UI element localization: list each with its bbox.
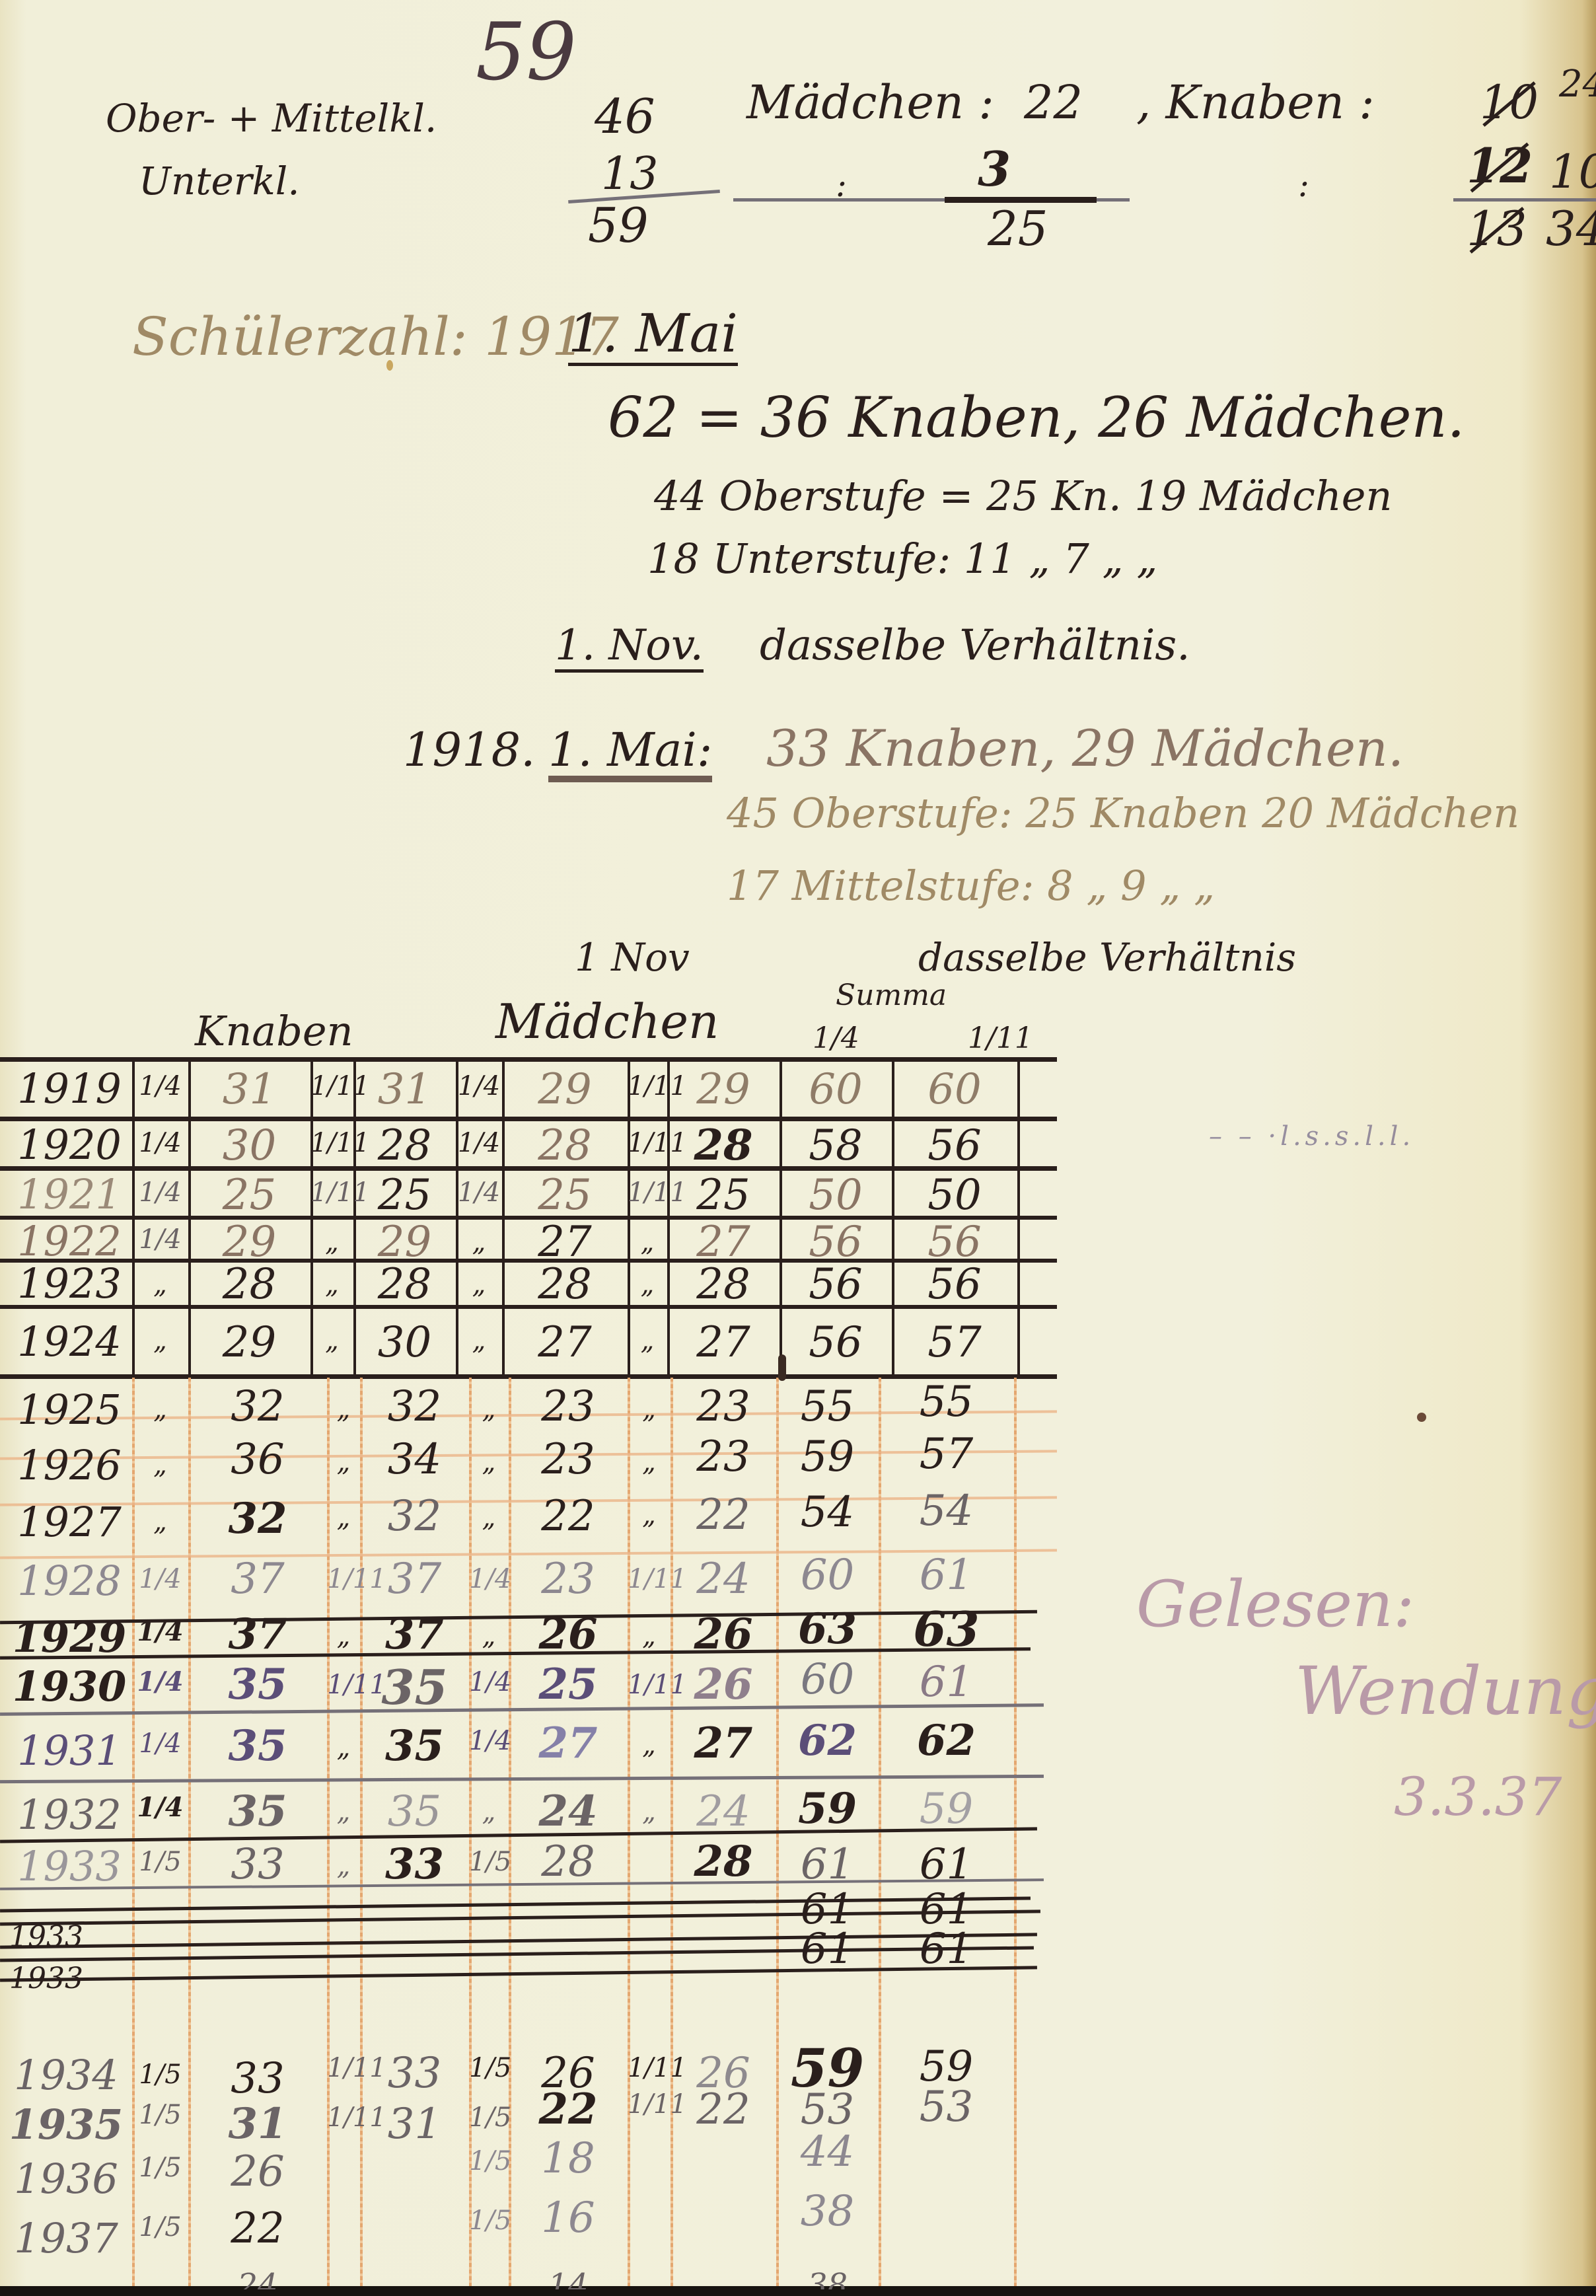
row-boys-apr: 33 <box>188 2057 327 2100</box>
struck-value: 13 <box>1467 205 1527 252</box>
row-year: 1932 <box>10 1795 129 1835</box>
row-date-girls-nov: „ <box>628 1327 667 1354</box>
row-date-girls-nov: „ <box>628 1271 667 1298</box>
row-date-girls-nov: 1/11 <box>628 2091 671 2118</box>
row-date-boys-apr: 1/4 <box>132 1226 188 1253</box>
row-sum-apr: 56 <box>780 1321 892 1364</box>
row-boys-nov: 28 <box>353 1263 456 1306</box>
row-girls-apr: 28 <box>502 1125 628 1167</box>
row-date-girls-apr: 1/5 <box>469 2104 509 2131</box>
summary-row1-girls-label: Mädchen : <box>746 79 994 126</box>
row-girls-nov: 28 <box>667 1125 780 1167</box>
row-girls-apr: 18 <box>509 2137 628 2180</box>
row-date-girls-apr: „ <box>469 1449 509 1475</box>
row-date-boys-nov: 1/11 <box>327 2055 360 2081</box>
row-date-girls-apr: „ <box>456 1271 502 1298</box>
row-sum-apr: 62 <box>776 1720 879 1762</box>
row-girls-nov: 23 <box>671 1436 776 1478</box>
row-boys-nov: 32 <box>360 1386 469 1428</box>
row-sum-nov: 61 <box>879 1928 1014 1970</box>
table-rule <box>0 1775 1044 1783</box>
entry-1917-nov-text: dasselbe Verhältnis. <box>760 624 1190 667</box>
table-row: 1937 1/5 22 1/5 16 38 <box>0 2223 1017 2263</box>
summary-row3-total: 59 <box>588 202 649 249</box>
row-boys-nov: 37 <box>360 1613 469 1656</box>
row-year: 1927 <box>10 1502 129 1543</box>
table-rule <box>0 1166 1057 1171</box>
row-boys-nov: 35 <box>360 1725 469 1767</box>
row-girls-apr: 25 <box>509 1664 628 1706</box>
row-year: 1926 <box>10 1445 129 1486</box>
row-date-girls-nov: „ <box>628 1798 671 1825</box>
row-girls-apr: 29 <box>502 1068 628 1111</box>
row-date-boys-apr: 1/5 <box>132 2155 188 2181</box>
summary-row1-boys-label: , Knaben : <box>1136 79 1375 126</box>
row-date-girls-nov: 1/11 <box>628 1073 667 1099</box>
row-date-boys-nov: 1/11 <box>327 1566 360 1592</box>
entry-1918-line2: 45 Oberstufe: 25 Knaben 20 Mädchen <box>727 793 1519 834</box>
row-date-girls-nov: 1/11 <box>628 1130 667 1156</box>
row-sum-apr: 55 <box>776 1386 879 1428</box>
row-sum-apr: 54 <box>776 1491 879 1534</box>
table-row: 1920 1/4 30 1/11 28 1/4 28 1/11 28 58 56 <box>0 1123 1017 1166</box>
row-boys-nov: 28 <box>353 1125 456 1167</box>
table-row: 61 61 <box>0 1896 1017 1929</box>
ink-blot <box>1417 1413 1426 1422</box>
table-row: 1932 1/4 35 „ 35 „ 24 „ 24 59 59 <box>0 1791 1017 1837</box>
row-boys-nov: 33 <box>360 2052 469 2094</box>
row-sum-apr: 59 <box>776 1788 879 1830</box>
row-date-girls-nov: „ <box>628 1732 671 1758</box>
row-girls-nov: 25 <box>667 1174 780 1216</box>
table-row: 1925 „ 32 „ 32 „ 23 „ 23 55 55 <box>0 1384 1017 1434</box>
row-girls-apr: 28 <box>502 1263 628 1306</box>
row-date-boys-nov: „ <box>327 1449 360 1475</box>
row-sum-apr: 38 <box>776 2270 879 2289</box>
row-sum-nov: 55 <box>879 1381 1014 1423</box>
row-girls-nov: 22 <box>671 2089 776 2131</box>
row-date-boys-apr: 1/4 <box>132 1130 188 1156</box>
row-boys-apr: 28 <box>188 1263 310 1306</box>
row-sum-apr: 61 <box>776 1843 879 1886</box>
row-girls-nov: 27 <box>667 1321 780 1364</box>
row-date-girls-apr: „ <box>469 1798 509 1825</box>
row-sum-apr: 44 <box>776 2131 879 2173</box>
row-date-boys-nov: „ <box>327 1396 360 1423</box>
row-sum-nov: 56 <box>892 1221 1017 1263</box>
row-date-boys-apr: 1/4 <box>132 1730 188 1757</box>
row-girls-apr: 24 <box>509 1791 628 1833</box>
row-date-boys-nov: 1/11 <box>310 1073 353 1099</box>
table-col-rule <box>1017 1057 1020 1374</box>
row-sum-nov: 50 <box>892 1174 1017 1216</box>
row-girls-apr: 23 <box>509 1386 628 1428</box>
row-date-girls-nov: „ <box>628 1449 671 1475</box>
row-girls-nov: 26 <box>671 1613 776 1656</box>
row-year: 1925 <box>10 1389 129 1430</box>
row-date-girls-nov: „ <box>628 1229 667 1255</box>
row-date-boys-apr: 1/4 <box>132 1179 188 1206</box>
row-girls-apr: 14 <box>509 2270 628 2289</box>
row-year: 1929 <box>10 1617 129 1658</box>
row-year: 1930 <box>10 1666 129 1707</box>
table-row: 1930 1/4 35 1/11 35 1/4 25 1/11 26 60 61 <box>0 1665 1017 1711</box>
struck-value: 10 <box>1480 79 1539 126</box>
summary-row3-boys: 34 <box>1546 205 1596 252</box>
summary-row2-girls: 3 <box>978 145 1011 193</box>
row-year: 1933 <box>10 1846 129 1887</box>
entry-1917-line3: 18 Unterstufe: 11 „ 7 „ „ <box>647 538 1157 579</box>
row-boys-nov: 29 <box>353 1221 456 1263</box>
row-date-girls-apr: 1/5 <box>469 2055 509 2081</box>
row-date-girls-apr: 1/5 <box>469 1849 509 1875</box>
row-sum-nov: 62 <box>879 1720 1014 1762</box>
row-date-boys-apr: 1/4 <box>132 1566 188 1592</box>
row-girls-nov: 22 <box>671 1494 776 1536</box>
row-sum-nov: 54 <box>879 1490 1014 1532</box>
table-header-sum-apr: 1/4 <box>813 1024 859 1053</box>
row-boys-apr: 30 <box>188 1125 310 1167</box>
row-sum-nov: 59 <box>879 2046 1014 2088</box>
entry-1917-line1: 62 = 36 Knaben, 26 Mädchen. <box>608 390 1465 445</box>
row-date-boys-apr: 1/5 <box>132 2214 188 2240</box>
row-girls-nov: 26 <box>671 1664 776 1706</box>
row-sum-nov: 53 <box>879 2086 1014 2128</box>
page-number: 59 <box>476 13 577 93</box>
row-boys-apr: 31 <box>188 1068 310 1111</box>
row-sum-nov: 56 <box>892 1125 1017 1167</box>
row-sum-nov: 61 <box>879 1843 1014 1886</box>
entry-1918-line1: 33 Knaben, 29 Mädchen. <box>766 723 1404 774</box>
row-date-boys-apr: 1/4 <box>132 1669 188 1695</box>
table-row: 1924 „ 29 „ 30 „ 27 „ 27 56 57 <box>0 1318 1017 1371</box>
row-sum-nov: 61 <box>879 1554 1014 1596</box>
struck-value: 12 <box>1467 142 1533 190</box>
table-row: 1927 „ 32 „ 32 „ 22 „ 22 54 54 <box>0 1490 1017 1539</box>
summary-row1-total: 46 <box>595 93 655 140</box>
ink-blot <box>386 360 393 371</box>
summary-row3-girls: 25 <box>988 205 1048 252</box>
row-sum-apr: 56 <box>780 1221 892 1263</box>
entry-1917-nov-date: 1. Nov. <box>555 624 704 673</box>
row-girls-nov: 24 <box>671 1791 776 1833</box>
row-year: 1937 <box>7 2218 126 2259</box>
row-boys-apr: 22 <box>188 2207 327 2250</box>
entry-1917-line2: 44 Oberstufe = 25 Kn. 19 Mädchen <box>654 476 1392 517</box>
row-girls-apr: 26 <box>509 1613 628 1656</box>
summary-row2-boys: 10 <box>1549 149 1596 195</box>
annotation-date: 3.3.37 <box>1394 1771 1562 1824</box>
table-row: 1931 1/4 35 „ 35 1/4 27 „ 27 62 62 <box>0 1721 1017 1774</box>
row-sum-apr: 53 <box>776 2089 879 2131</box>
row-date-girls-apr: 1/4 <box>469 1669 509 1695</box>
row-year: 1922 <box>10 1221 129 1262</box>
row-date-boys-nov: „ <box>310 1271 353 1298</box>
summary-row1-girls: 22 <box>1024 79 1083 126</box>
row-date-girls-apr: 1/5 <box>469 2148 509 2174</box>
row-boys-nov: 35 <box>360 1791 469 1833</box>
row-date-boys-nov: 1/11 <box>310 1179 353 1206</box>
row-girls-apr: 27 <box>502 1221 628 1263</box>
row-boys-apr: 31 <box>188 2103 327 2145</box>
row-year: 1935 <box>7 2104 126 2145</box>
row-girls-apr: 23 <box>509 1558 628 1600</box>
ink-blot <box>778 1354 786 1381</box>
row-sum-apr: 59 <box>776 1436 879 1478</box>
row-date-girls-apr: 1/5 <box>469 2207 509 2234</box>
table-row: 1933 <box>0 1966 1017 1992</box>
summary-row3-boys-struck: 13 <box>1467 205 1527 252</box>
entry-1918-nov-text: dasselbe Verhältnis <box>918 938 1296 977</box>
row-boys-apr: 29 <box>188 1221 310 1263</box>
summary-row1-boys-struck: 10 <box>1480 79 1539 126</box>
row-date-boys-apr: „ <box>132 1452 188 1478</box>
row-girls-nov: 24 <box>671 1558 776 1600</box>
table-header-boys: Knaben <box>195 1011 353 1052</box>
row-date-girls-nov: 1/11 <box>628 1672 671 1698</box>
row-year: 1924 <box>10 1321 129 1362</box>
row-date-boys-apr: 1/4 <box>132 1073 188 1099</box>
summary-row2-boys-struck: 12 <box>1467 142 1533 190</box>
table-row: 1926 „ 36 „ 34 „ 23 „ 23 59 57 <box>0 1437 1017 1487</box>
row-girls-apr: 27 <box>502 1321 628 1364</box>
summary-row2-boys-sep: : <box>1298 168 1309 202</box>
table-row: 1919 1/4 31 1/11 31 1/4 29 1/11 29 60 60 <box>0 1065 1017 1115</box>
entry-1918-date: 1. Mai: <box>548 727 712 782</box>
row-date-boys-nov: „ <box>327 1798 360 1825</box>
row-year: 1931 <box>10 1730 129 1771</box>
row-boys-apr: 32 <box>188 1498 327 1540</box>
table-row: 1933 1/5 33 „ 33 1/5 28 28 61 61 <box>0 1843 1017 1890</box>
row-year: 1920 <box>10 1125 129 1166</box>
table-header-sum: Summa <box>836 981 947 1010</box>
row-boys-apr: 35 <box>188 1725 327 1767</box>
row-date-boys-nov: „ <box>327 1734 360 1761</box>
row-year: 1919 <box>10 1068 129 1109</box>
row-boys-apr: 29 <box>188 1321 310 1364</box>
row-boys-nov: 33 <box>360 1843 469 1886</box>
row-date-boys-nov: „ <box>327 1853 360 1879</box>
row-date-boys-nov: 1/11 <box>310 1130 353 1156</box>
row-sum-nov: 56 <box>892 1263 1017 1306</box>
row-date-girls-apr: 1/4 <box>456 1073 502 1099</box>
row-boys-nov: 25 <box>353 1174 456 1216</box>
row-boys-nov: 37 <box>360 1558 469 1600</box>
row-sum-apr: 56 <box>780 1263 892 1306</box>
row-sum-apr: 58 <box>780 1125 892 1167</box>
row-date-girls-nov: 1/11 <box>628 1179 667 1206</box>
summary-row2-girls-sep: : <box>836 168 847 202</box>
row-date-boys-nov: „ <box>310 1229 353 1255</box>
row-boys-nov: 34 <box>360 1438 469 1481</box>
row-year: 1934 <box>7 2055 126 2096</box>
row-girls-nov: 28 <box>667 1263 780 1306</box>
row-date-girls-apr: 1/4 <box>456 1179 502 1206</box>
row-date-boys-nov: 1/11 <box>327 1672 360 1698</box>
table-row: 1922 1/4 29 „ 29 „ 27 „ 27 56 56 <box>0 1221 1017 1259</box>
row-date-boys-nov: 1/11 <box>327 2104 360 2131</box>
row-date-boys-nov: „ <box>327 1623 360 1649</box>
entry-1918-line3: 17 Mittelstufe: 8 „ 9 „ „ <box>727 866 1215 907</box>
row-boys-apr: 32 <box>188 1386 327 1428</box>
row-boys-apr: 37 <box>188 1613 327 1656</box>
row-girls-apr: 27 <box>509 1722 628 1765</box>
row-boys-apr: 25 <box>188 1174 310 1216</box>
entry-1917-heading: Schülerzahl: 1917 <box>132 311 619 363</box>
row-girls-apr: 25 <box>502 1174 628 1216</box>
table-header-girls: Mädchen <box>495 998 719 1045</box>
entry-1918-nov-date: 1 Nov <box>575 938 690 977</box>
row-date-boys-apr: 1/4 <box>132 1619 188 1645</box>
row-girls-nov: 23 <box>671 1386 776 1428</box>
row-date-boys-apr: „ <box>132 1396 188 1423</box>
row-date-girls-nov: „ <box>628 1396 671 1423</box>
table-rule <box>0 1117 1057 1121</box>
row-sum-nov: 63 <box>879 1606 1014 1653</box>
row-date-girls-apr: „ <box>456 1327 502 1354</box>
row-boys-nov: 31 <box>353 1068 456 1111</box>
row-year: 1923 <box>10 1263 129 1304</box>
row-girls-apr: 28 <box>509 1841 628 1883</box>
annotation-gelesen: Gelesen: <box>1136 1573 1414 1636</box>
row-date-girls-apr: 1/4 <box>469 1728 509 1754</box>
table-rule <box>0 1374 1057 1379</box>
row-sum-apr: 60 <box>776 1554 879 1596</box>
row-boys-nov: 30 <box>353 1321 456 1364</box>
row-boys-apr: 26 <box>188 2151 327 2193</box>
row-sum-apr: 63 <box>776 1608 879 1650</box>
row-date-boys-apr: 1/5 <box>132 2061 188 2088</box>
annotation-signature: Wendung <box>1295 1658 1596 1724</box>
row-date-girls-nov: 1/11 <box>628 2055 671 2081</box>
row-girls-apr: 16 <box>509 2197 628 2239</box>
row-sum-nov: 61 <box>879 1661 1014 1703</box>
row-sum-nov: 59 <box>879 1788 1014 1830</box>
row-date-boys-apr: 1/4 <box>132 1795 188 1821</box>
row-boys-nov: 32 <box>360 1495 469 1537</box>
row-girls-nov: 28 <box>671 1841 776 1883</box>
row-year: 1928 <box>10 1561 129 1602</box>
row-date-girls-nov: „ <box>628 1623 671 1649</box>
table-row: 1923 „ 28 „ 28 „ 28 „ 28 56 56 <box>0 1263 1017 1304</box>
row-date-girls-apr: „ <box>469 1623 509 1649</box>
row-girls-apr: 22 <box>509 1495 628 1537</box>
row-date-girls-apr: „ <box>456 1229 502 1255</box>
row-boys-nov: 35 <box>360 1664 469 1711</box>
row-boys-apr: 35 <box>188 1791 327 1833</box>
table-row: 1921 1/4 25 1/11 25 1/4 25 1/11 25 50 50 <box>0 1173 1017 1216</box>
row-girls-nov: 27 <box>667 1221 780 1263</box>
row-sum-nov: 57 <box>879 1433 1014 1475</box>
row-year: 1921 <box>10 1174 129 1215</box>
row-sum-apr: 60 <box>780 1068 892 1111</box>
table-row: 1929 1/4 37 „ 37 „ 26 „ 26 63 63 <box>0 1612 1017 1658</box>
row-boys-apr: 24 <box>188 2270 327 2289</box>
entry-1918-year: 1918. <box>403 727 535 773</box>
summary-row1-label: Ober- + Mittelkl. <box>106 99 437 137</box>
row-boys-apr: 37 <box>188 1558 327 1600</box>
row-date-girls-apr: „ <box>469 1504 509 1531</box>
row-date-girls-nov: „ <box>628 1502 671 1528</box>
table-header-sum-nov: 1/11 <box>968 1024 1033 1053</box>
row-boys-apr: 36 <box>188 1438 327 1481</box>
row-sum-apr: 60 <box>776 1658 879 1701</box>
summary-row2-total: 13 <box>601 152 659 197</box>
row-date-boys-apr: „ <box>132 1508 188 1535</box>
row-girls-apr: 23 <box>509 1438 628 1481</box>
faint-margin-note: – – ·l.s.s.l.l. <box>1209 1123 1414 1150</box>
table-row: 1933 61 61 <box>0 1936 1017 1969</box>
row-date-boys-nov: „ <box>327 1504 360 1531</box>
row-date-boys-apr: „ <box>132 1271 188 1298</box>
row-date-boys-apr: 1/5 <box>132 2102 188 2128</box>
table-row: 1928 1/4 37 1/11 37 1/4 23 1/11 24 60 61 <box>0 1553 1017 1606</box>
row-date-girls-apr: 1/4 <box>456 1130 502 1156</box>
table-rule <box>0 1057 1057 1062</box>
row-sum-nov: 57 <box>892 1321 1017 1364</box>
row-boys-apr: 33 <box>188 1843 327 1886</box>
summary-row2-label: Unterkl. <box>139 162 300 200</box>
entry-1917-date: 1. Mai <box>568 307 738 366</box>
row-girls-nov: 27 <box>671 1722 776 1765</box>
row-date-boys-apr: 1/5 <box>132 1849 188 1875</box>
row-girls-nov: 29 <box>667 1068 780 1111</box>
row-sum-apr: 38 <box>776 2190 879 2233</box>
row-year: 1933 <box>0 1964 92 1993</box>
row-year: 1936 <box>7 2159 126 2200</box>
row-sum-apr: 50 <box>780 1174 892 1216</box>
row-date-girls-apr: 1/4 <box>469 1566 509 1592</box>
row-girls-apr: 22 <box>509 2089 628 2131</box>
summary-row1-boys: 24 <box>1559 66 1596 103</box>
row-year: 1933 <box>0 1923 92 1952</box>
row-date-boys-apr: „ <box>132 1327 188 1354</box>
row-sum-apr: 61 <box>776 1928 879 1970</box>
row-date-boys-nov: „ <box>310 1327 353 1354</box>
row-date-girls-nov: 1/11 <box>628 1566 671 1592</box>
row-date-girls-apr: „ <box>469 1396 509 1423</box>
row-boys-nov: 31 <box>360 2103 469 2145</box>
table-row: 24 14 38 <box>0 2270 1017 2289</box>
row-boys-apr: 35 <box>188 1664 327 1706</box>
row-sum-nov: 60 <box>892 1068 1017 1111</box>
